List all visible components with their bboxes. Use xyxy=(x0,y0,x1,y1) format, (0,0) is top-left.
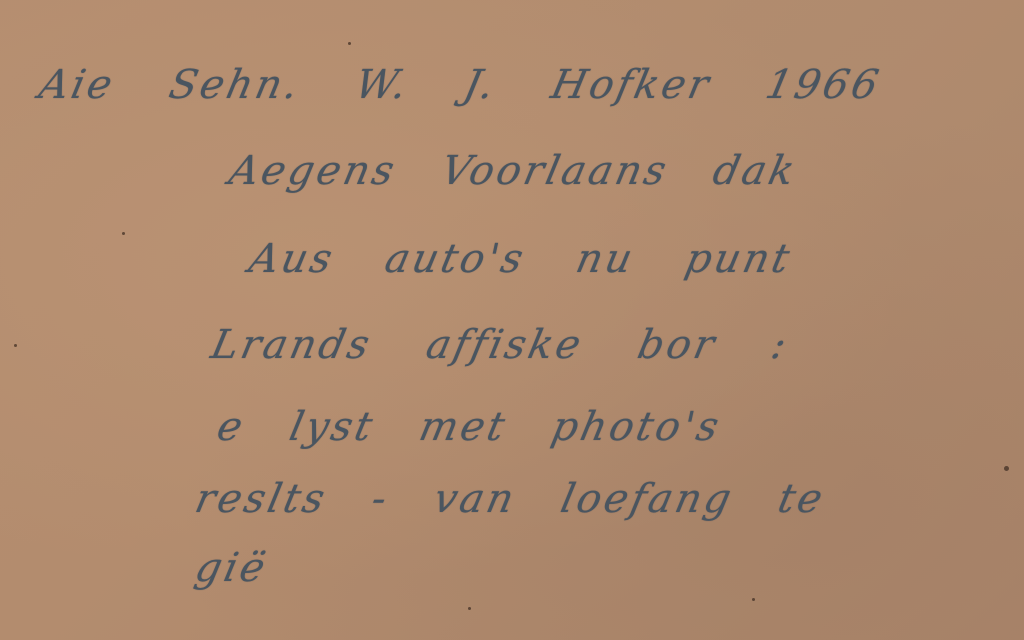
handwritten-line-6: reslts - van loefang te xyxy=(191,476,829,522)
paper-speck xyxy=(348,42,351,45)
paper-speck xyxy=(14,344,17,347)
handwritten-line-4: Lrands affiske bor : xyxy=(207,322,793,368)
cardboard-note: Aie Sehn. W. J. Hofker 1966 Aegens Voorl… xyxy=(0,0,1024,640)
handwritten-line-7: gië xyxy=(191,545,272,591)
handwritten-line-2: Aegens Voorlaans dak xyxy=(225,148,801,194)
handwritten-line-3: Aus auto's nu punt xyxy=(245,236,796,282)
paper-speck xyxy=(122,232,125,235)
paper-speck xyxy=(1004,466,1009,471)
paper-speck xyxy=(468,607,471,610)
paper-speck xyxy=(752,598,755,601)
handwritten-line-5: e lyst met photo's xyxy=(213,404,725,450)
handwritten-line-header: Aie Sehn. W. J. Hofker 1966 xyxy=(35,62,885,108)
